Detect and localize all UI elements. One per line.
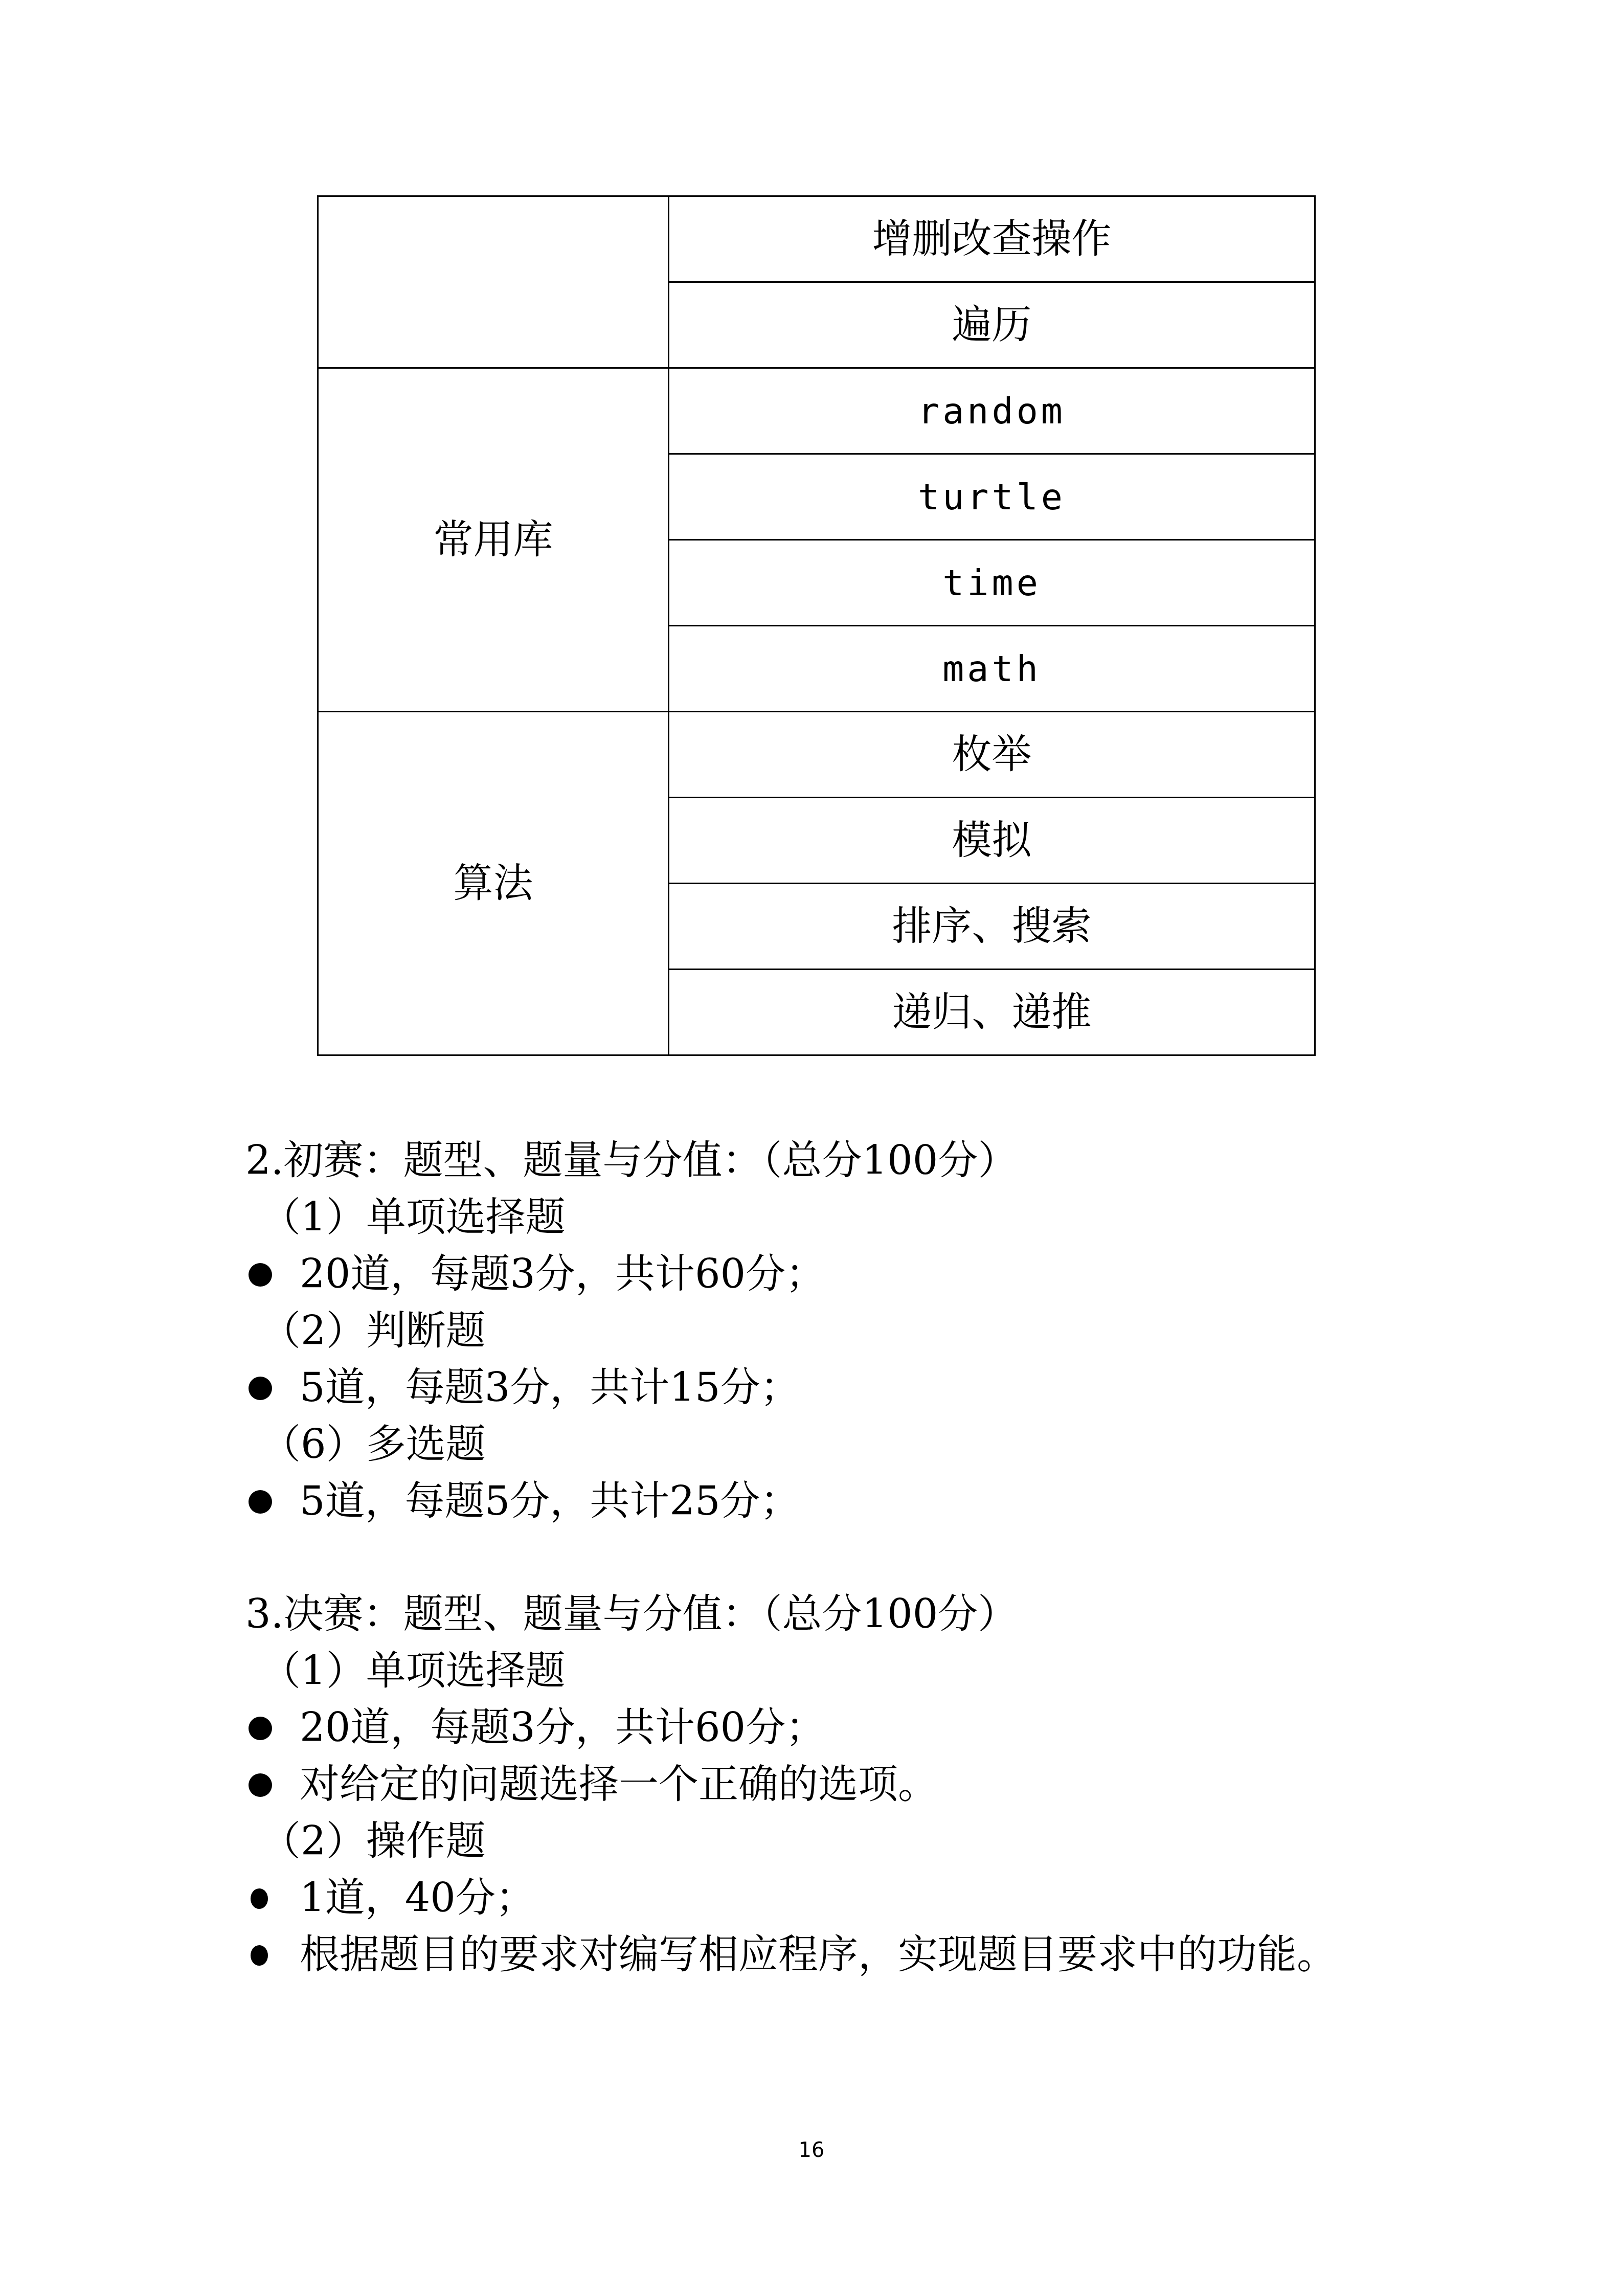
table-row: 常用库 random [318,368,1315,454]
item-cell: time [669,540,1315,626]
bullet-icon [249,1717,272,1740]
list-item-text: 对给定的问题选择一个正确的选项。 [300,1757,938,1813]
list-item-text: 根据题目的要求对编写相应程序，实现题目要求中的功能。 [300,1927,1337,1984]
list-item: 根据题目的要求对编写相应程序，实现题目要求中的功能。 [245,1927,1337,1984]
bullet-icon [249,1773,272,1797]
section-preliminary: 2.初赛：题型、题量与分值：（总分100分） （1）单项选择题 20道，每题3分… [245,1133,1018,1530]
item-cell: random [669,368,1315,454]
section-final: 3.决赛：题型、题量与分值：（总分100分） （1）单项选择题 20道，每题3分… [245,1586,1337,1984]
list-item-text: 20道，每题3分，共计60分； [300,1246,825,1303]
list-item-text: 5道，每题5分，共计25分； [300,1473,800,1530]
item-cell: 递归、递推 [669,970,1315,1055]
list-item: 5道，每题3分，共计15分； [245,1360,1018,1416]
item-cell: 排序、搜索 [669,884,1315,970]
part-title: （2）操作题 [245,1813,1337,1870]
list-item-text: 1道，40分； [300,1870,535,1927]
item-cell: math [669,626,1315,712]
list-item-text: 5道，每题3分，共计15分； [300,1360,800,1416]
bullet-icon [251,1945,268,1966]
bullet-icon [249,1377,272,1400]
bullet-icon [251,1888,268,1909]
list-item: 20道，每题3分，共计60分； [245,1700,1337,1757]
category-cell-common-libraries: 常用库 [318,368,669,712]
part-title: （1）单项选择题 [245,1189,1018,1246]
category-cell-algorithms: 算法 [318,712,669,1055]
list-item-text: 20道，每题3分，共计60分； [300,1700,825,1757]
page-number: 16 [0,2139,1623,2162]
list-item: 对给定的问题选择一个正确的选项。 [245,1757,1337,1813]
syllabus-table: 增删改查操作 遍历 常用库 random turtle time math 算法… [317,195,1316,1056]
part-title: （6）多选题 [245,1416,1018,1473]
document-page: 增删改查操作 遍历 常用库 random turtle time math 算法… [0,0,1623,2296]
table-row: 增删改查操作 [318,196,1315,282]
table-row: 算法 枚举 [318,712,1315,798]
section-heading: 2.初赛：题型、题量与分值：（总分100分） [245,1133,1018,1189]
item-cell: 遍历 [669,282,1315,368]
bullet-icon [249,1490,272,1514]
item-cell: turtle [669,454,1315,540]
item-cell: 模拟 [669,798,1315,884]
category-cell [318,196,669,368]
part-title: （1）单项选择题 [245,1643,1337,1700]
list-item: 1道，40分； [245,1870,1337,1927]
list-item: 5道，每题5分，共计25分； [245,1473,1018,1530]
section-heading: 3.决赛：题型、题量与分值：（总分100分） [245,1586,1337,1643]
bullet-icon [249,1263,272,1287]
part-title: （2）判断题 [245,1303,1018,1360]
item-cell: 枚举 [669,712,1315,798]
item-cell: 增删改查操作 [669,196,1315,282]
list-item: 20道，每题3分，共计60分； [245,1246,1018,1303]
